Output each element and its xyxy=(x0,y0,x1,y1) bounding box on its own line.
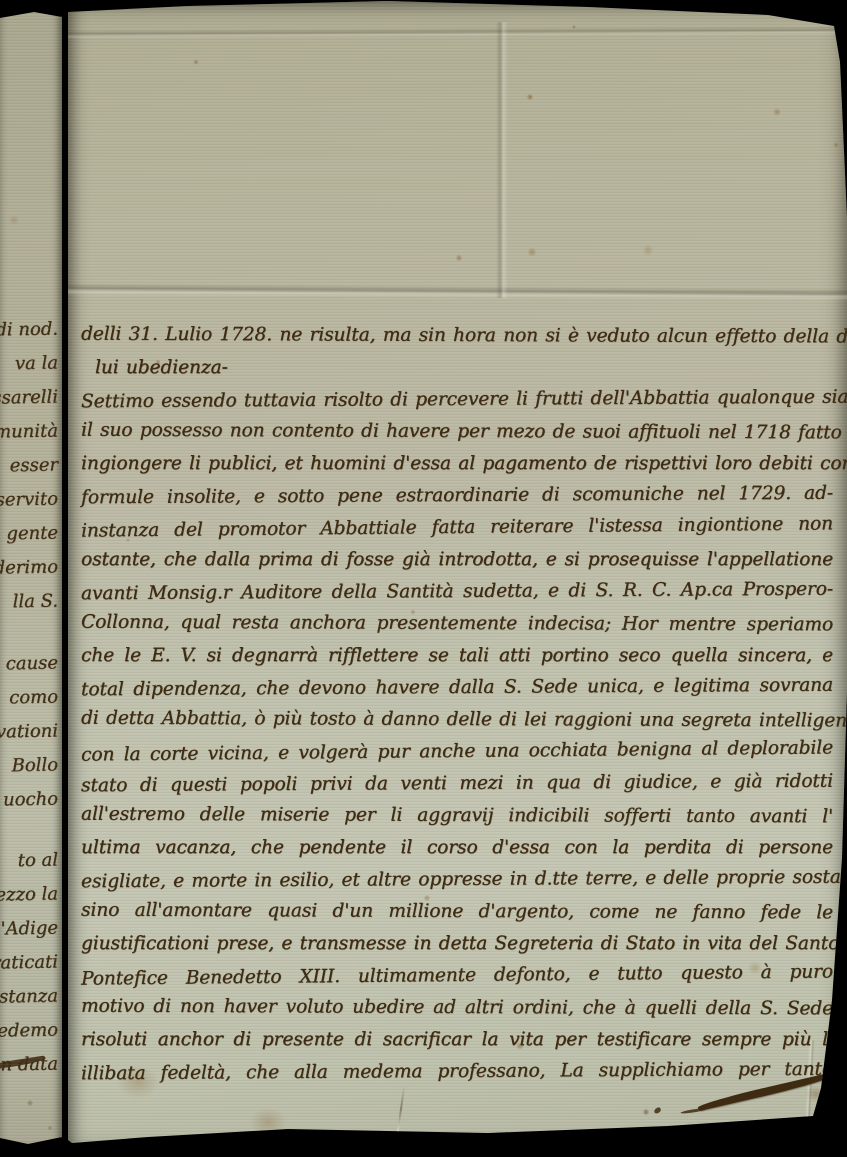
manuscript-line: ingiongere li publici, et huomini d'essa… xyxy=(81,448,833,480)
manuscript-line: lui ubedienza- xyxy=(81,352,833,384)
manuscript-scan: e di nod.va laassarelliComunitàessere se… xyxy=(0,0,847,1157)
manuscript-line: instanza del promotor Abbattiale fatta r… xyxy=(81,508,833,547)
ink-blot xyxy=(653,1107,662,1115)
manuscript-line: total dipendenza, che devono havere dall… xyxy=(81,670,833,707)
fold-crease-top xyxy=(68,26,847,39)
manuscript-line: sino all'amontare quasi d'un millione d'… xyxy=(81,895,833,930)
strip-text-fragment: e di nod. xyxy=(0,313,58,350)
facing-page-text-fragments: e di nod.va laassarelliComunitàessere se… xyxy=(0,314,60,1083)
fold-crease-vertical xyxy=(496,22,508,298)
manuscript-line: giustificationi prese, e transmesse in d… xyxy=(81,928,833,960)
manuscript-line: esigliate, e morte in esilio, et altre o… xyxy=(81,862,833,899)
manuscript-line: ultima vacanza, che pendente il corso d'… xyxy=(81,832,833,864)
strip-text-fragment: uocho xyxy=(0,783,58,820)
manuscript-line: ostante, che dalla prima di fosse già in… xyxy=(81,544,833,576)
manuscript-line: il suo possesso non contento di havere p… xyxy=(81,415,833,450)
manuscript-line: di detta Abbattia, ò più tosto à danno d… xyxy=(81,703,833,738)
manuscript-line: Collonna, qual resta anchora presentemen… xyxy=(81,607,833,642)
facing-page-edge: e di nod.va laassarelliComunitàessere se… xyxy=(0,8,62,1146)
paper-tear xyxy=(397,1086,405,1132)
manuscript-line: motivo di non haver voluto ubedire ad al… xyxy=(81,991,833,1026)
manuscript-line: Pontefice Benedetto XIII. ultimamente de… xyxy=(81,956,833,995)
letter-body: delli 31. Lulio 1728. ne risulta, ma sin… xyxy=(81,320,833,1088)
manuscript-line: illibata fedeltà, che alla medema profes… xyxy=(81,1054,833,1091)
strip-text-fragment: como xyxy=(0,681,58,718)
manuscript-line: Settimo essendo tuttavia risolto di perc… xyxy=(81,382,833,419)
strip-text-fragment: e servito xyxy=(0,483,58,520)
strip-text-fragment: d'instanza xyxy=(0,980,58,1017)
strip-text-fragment: vationi xyxy=(0,715,58,752)
strip-text-fragment: d'Adige xyxy=(0,912,58,949)
manuscript-line: delli 31. Lulio 1728. ne risulta, ma sin… xyxy=(81,319,833,354)
manuscript-line: avanti Monsig.r Auditore della Santità s… xyxy=(81,574,833,611)
fold-crease-middle xyxy=(68,283,847,300)
strip-text-fragment: Bollo xyxy=(0,749,58,786)
strip-text-fragment: uderimo xyxy=(0,551,58,588)
strip-text-fragment: raticati xyxy=(0,946,58,983)
manuscript-line: che le E. V. si degnarrà rifflettere se … xyxy=(81,640,833,672)
strip-text-fragment: esser xyxy=(0,449,58,486)
strip-text-fragment: vezzo la xyxy=(0,878,58,915)
manuscript-line: risoluti anchor di presente di sacrifica… xyxy=(81,1024,833,1056)
strip-text-fragment: va la xyxy=(0,347,58,384)
manuscript-line: all'estremo delle miserie per li aggravi… xyxy=(81,799,833,834)
manuscript-line: stato di questi popoli privi da venti me… xyxy=(81,766,833,803)
strip-text-fragment: cause xyxy=(0,647,58,684)
strip-text-fragment: to al xyxy=(0,844,58,881)
strip-text-fragment: assarelli xyxy=(0,381,58,418)
strip-text-fragment: oncedemo xyxy=(0,1014,58,1051)
strip-text-fragment: lla S. xyxy=(0,585,58,622)
strip-text-fragment: gente xyxy=(0,517,58,554)
manuscript-page: delli 31. Lulio 1728. ne risulta, ma sin… xyxy=(68,0,847,1157)
strip-text-fragment: Comunità xyxy=(0,415,58,452)
